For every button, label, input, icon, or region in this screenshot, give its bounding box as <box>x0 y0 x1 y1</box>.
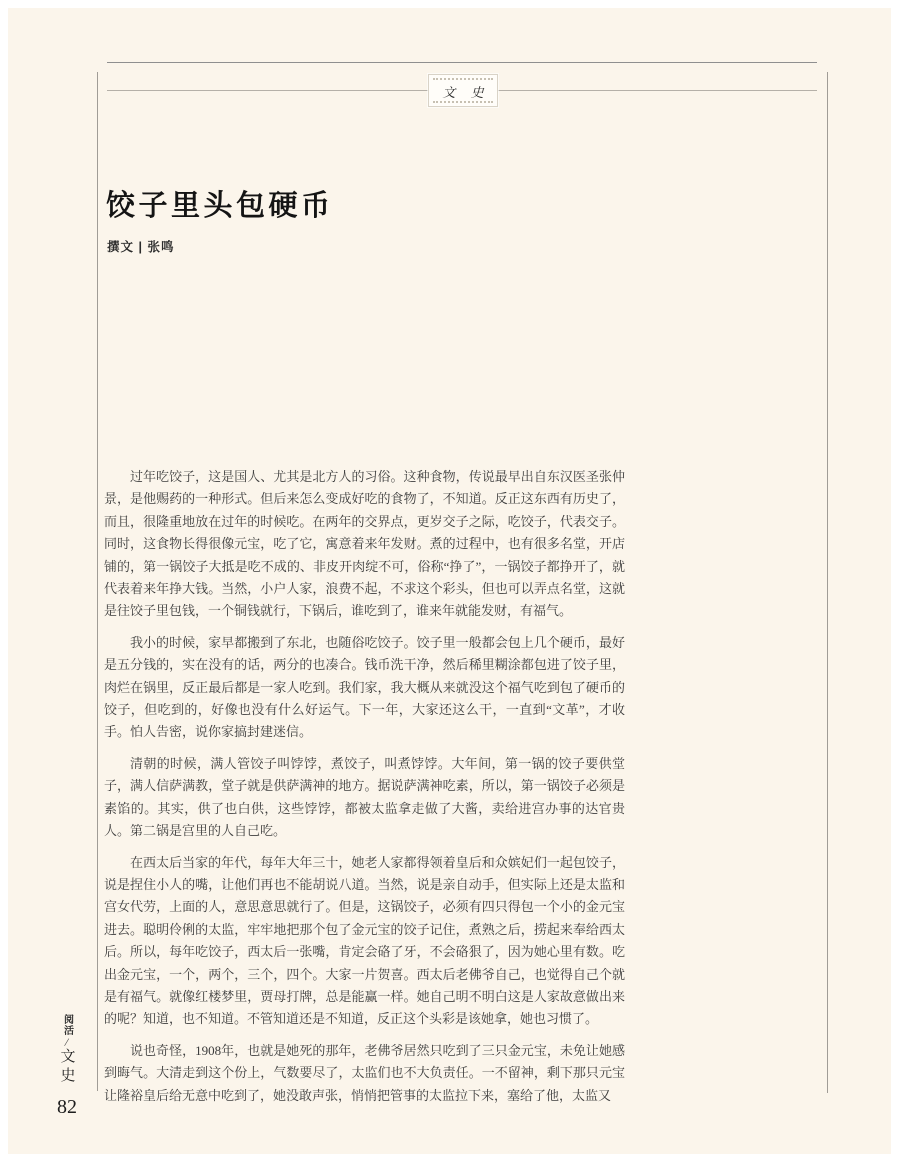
article-byline: 撰文 | 张鸣 <box>107 237 174 255</box>
footer-separator: / <box>64 1037 69 1047</box>
section-name: 文史 <box>57 1048 78 1086</box>
section-stamp: 文 史 <box>428 74 498 107</box>
paragraph-4: 在西太后当家的年代，每年大年三十，她老人家都得领着皇后和众嫔妃们一起包饺子，说是… <box>104 852 625 1031</box>
page-number: 82 <box>57 1096 77 1119</box>
article-body: 过年吃饺子，这是国人、尤其是北方人的习俗。这种食物，传说最早出自东汉医圣张仲景，… <box>104 466 625 1116</box>
left-column-rule <box>97 72 98 1091</box>
paragraph-5: 说也奇怪，1908年，也就是她死的那年，老佛爷居然只吃到了三只金元宝，未免让她感… <box>104 1040 625 1107</box>
paragraph-2: 我小的时候，家早都搬到了东北，也随俗吃饺子。饺子里一般都会包上几个硬币，最好是五… <box>104 632 625 744</box>
page-footer: 阅活 / 文史 82 <box>44 1014 90 1119</box>
header-rule-top <box>107 62 817 63</box>
paragraph-3: 清朝的时候，满人管饺子叫饽饽，煮饺子，叫煮饽饽。大年间，第一锅的饺子要供堂子，满… <box>104 753 625 843</box>
section-stamp-label: 文 史 <box>442 82 489 101</box>
magazine-name: 阅活 <box>60 1014 75 1036</box>
right-column-rule <box>827 72 828 1093</box>
paragraph-1: 过年吃饺子，这是国人、尤其是北方人的习俗。这种食物，传说最早出自东汉医圣张仲景，… <box>104 466 625 623</box>
article-title: 饺子里头包硬币 <box>106 183 334 224</box>
magazine-page-background: { "header": { "stamp_text": "文 史" }, "ar… <box>0 0 899 1159</box>
